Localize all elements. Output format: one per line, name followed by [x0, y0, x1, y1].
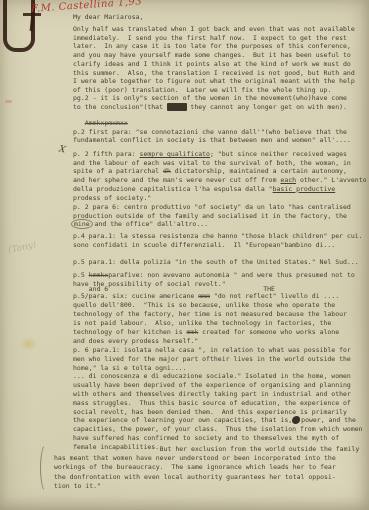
paragraph: p.5/para.and 6 six: cucine americane mmm…	[73, 292, 347, 346]
paragraph: Ammkxpmxmxxp.2 first para: "se connotazi…	[73, 119, 351, 145]
paragraph: But her exclusion from the world outside…	[54, 445, 359, 491]
ink-blot	[292, 416, 300, 424]
paragraph: p.4 para.1: la stessa resistenza che han…	[73, 232, 363, 249]
paragraph: p.5 kmmkxparafive: non avevano autonomia…	[73, 271, 355, 288]
paragraph: p.5 para.1: della polizia "in the south …	[73, 258, 359, 267]
paragraph: p. 2 fifth para: sempre qualificato; "bu…	[73, 150, 367, 202]
paragraph: p. 6 para.1: isolata nella casa ", in re…	[73, 346, 363, 452]
letter-body: Only half was translated when I got back…	[0, 0, 369, 510]
letter-page: F.M. Castellina 1,93 X (Tony) My dear Ma…	[0, 0, 369, 510]
paragraph: p. 2 para 6: centro produttivo "of socie…	[73, 203, 351, 229]
paragraph: Only half was translated when I got back…	[73, 25, 355, 95]
paragraph: pg.2 - it is only"s section of the women…	[73, 94, 347, 111]
